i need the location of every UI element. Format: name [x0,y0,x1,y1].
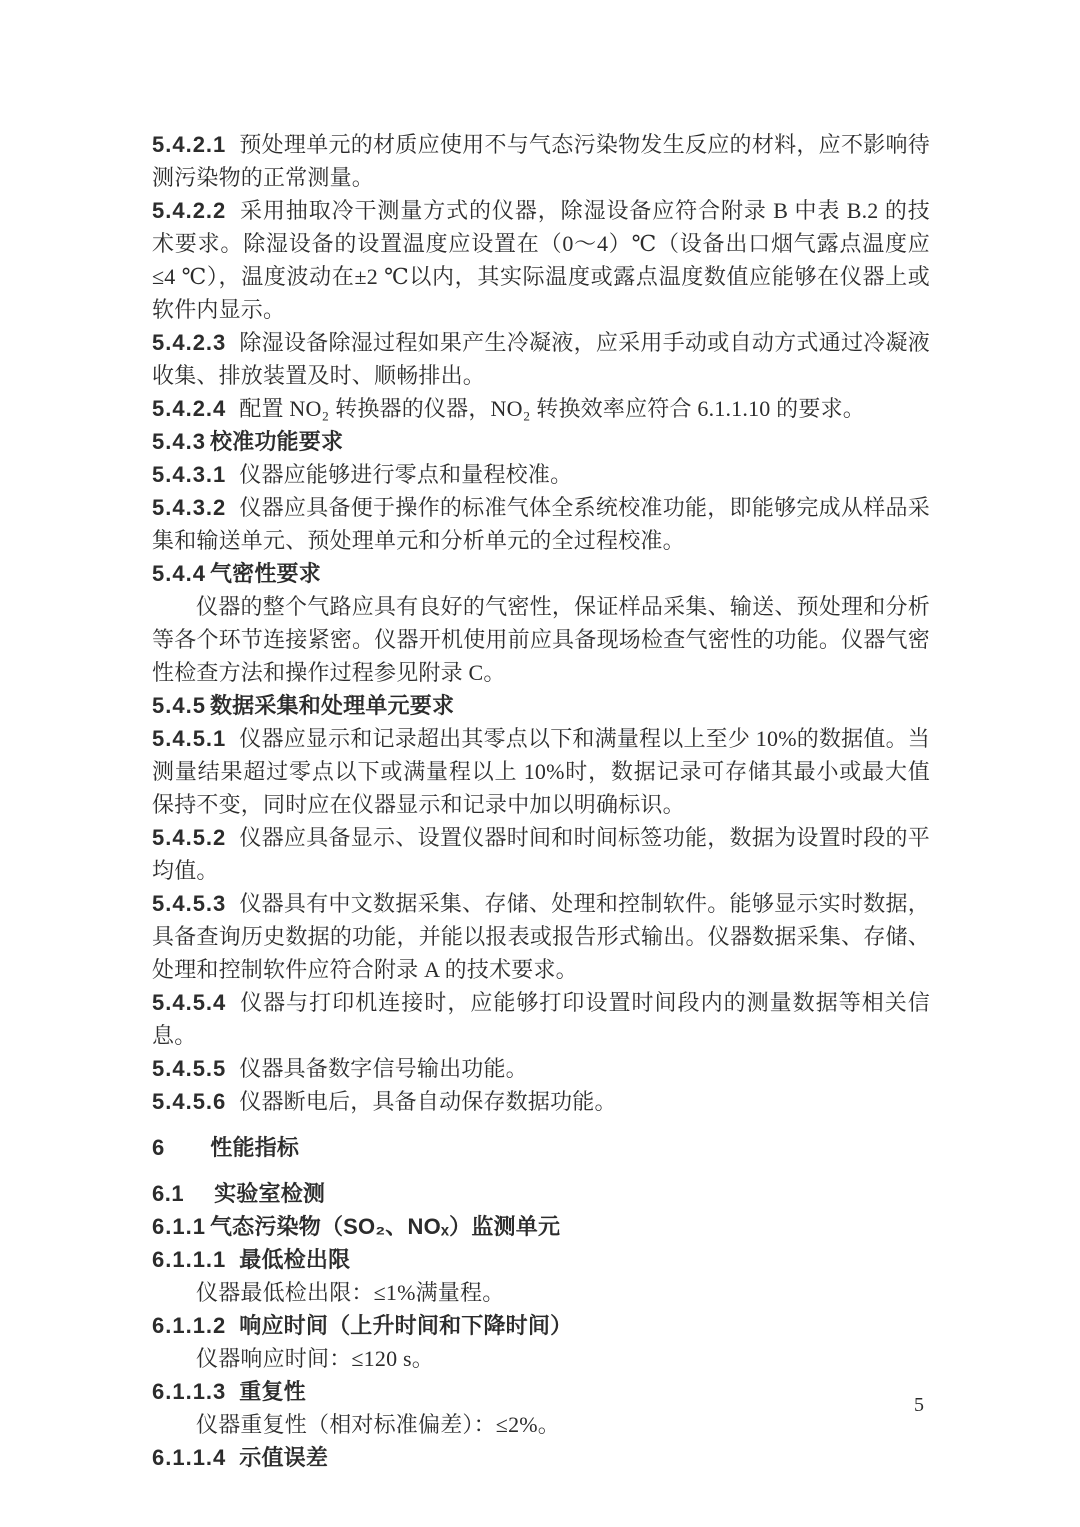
clause-text: 配置 NO₂ 转换器的仪器，NO₂ 转换效率应符合 6.1.1.10 的要求。 [239,396,865,421]
clause-number: 5.4.5.5 [152,1056,226,1081]
clause-text: 性能指标 [210,1135,299,1160]
clause-text: 仪器断电后，具备自动保存数据功能。 [239,1089,616,1114]
clause-text: 仪器应具备便于操作的标准气体全系统校准功能，即能够完成从样品采集和输送单元、预处… [152,495,930,553]
clause-number: 5.4.3.2 [152,495,226,520]
text-block: 5.4.5.4仪器与打印机连接时，应能够打印设置时间段内的测量数据等相关信息。 [152,986,930,1052]
clause-number: 6 [152,1135,164,1160]
text-block: 5.4.5.1仪器应显示和记录超出其零点以下和满量程以上至少 10%的数据值。当… [152,722,930,821]
text-block: 6.1实验室检测 [152,1177,930,1210]
clause-number: 5.4.2.2 [152,198,226,223]
text-block: 6.1.1气态污染物（SO₂、NOₓ）监测单元 [152,1210,930,1243]
clause-text: 仪器应能够进行零点和量程校准。 [239,462,572,487]
clause-number: 6.1 [152,1181,184,1206]
clause-number: 5.4.5 [152,693,206,718]
document-content: 5.4.2.1预处理单元的材质应使用不与气态污染物发生反应的材料，应不影响待测污… [152,128,930,1474]
text-block: 5.4.4气密性要求 [152,557,930,590]
clause-number: 5.4.5.1 [152,726,226,751]
text-block: 仪器最低检出限：≤1%满量程。 [152,1276,930,1309]
clause-number: 5.4.3 [152,429,206,454]
clause-text: 校准功能要求 [210,429,343,454]
text-block: 5.4.3.2仪器应具备便于操作的标准气体全系统校准功能，即能够完成从样品采集和… [152,491,930,557]
clause-number: 6.1.1.2 [152,1313,226,1338]
clause-number: 6.1.1.4 [152,1445,226,1470]
text-block: 5.4.3.1仪器应能够进行零点和量程校准。 [152,458,930,491]
clause-number: 5.4.2.1 [152,132,226,157]
clause-number: 5.4.5.3 [152,891,226,916]
clause-text: 实验室检测 [214,1181,325,1206]
clause-number: 5.4.2.4 [152,396,226,421]
clause-text: 仪器最低检出限：≤1%满量程。 [196,1280,504,1305]
text-block: 6.1.1.4示值误差 [152,1441,930,1474]
document-page: 5.4.2.1预处理单元的材质应使用不与气态污染物发生反应的材料，应不影响待测污… [0,0,1080,1527]
page-number: 5 [914,1392,924,1418]
clause-text: 仪器重复性（相对标准偏差）：≤2%。 [196,1412,560,1437]
clause-text: 仪器具有中文数据采集、存储、处理和控制软件。能够显示实时数据，具备查询历史数据的… [152,891,930,982]
clause-text: 仪器的整个气路应具有良好的气密性，保证样品采集、输送、预处理和分析等各个环节连接… [152,594,930,685]
clause-number: 5.4.4 [152,561,206,586]
text-block: 5.4.5.5仪器具备数字信号输出功能。 [152,1052,930,1085]
clause-text: 重复性 [239,1379,306,1404]
text-block: 5.4.5.6仪器断电后，具备自动保存数据功能。 [152,1085,930,1118]
clause-text: 仪器响应时间：≤120 s。 [196,1346,434,1371]
clause-text: 示值误差 [239,1445,328,1470]
text-block: 6.1.1.3重复性 [152,1375,930,1408]
clause-text: 仪器与打印机连接时，应能够打印设置时间段内的测量数据等相关信息。 [152,990,930,1048]
text-block: 仪器响应时间：≤120 s。 [152,1342,930,1375]
clause-number: 5.4.5.4 [152,990,226,1015]
text-block: 5.4.2.3除湿设备除湿过程如果产生冷凝液，应采用手动或自动方式通过冷凝液收集… [152,326,930,392]
clause-text: 除湿设备除湿过程如果产生冷凝液，应采用手动或自动方式通过冷凝液收集、排放装置及时… [152,330,930,388]
clause-text: 仪器应显示和记录超出其零点以下和满量程以上至少 10%的数据值。当测量结果超过零… [152,726,930,817]
clause-text: 响应时间（上升时间和下降时间） [239,1313,572,1338]
text-block: 6.1.1.2响应时间（上升时间和下降时间） [152,1309,930,1342]
clause-text: 仪器具备数字信号输出功能。 [239,1056,528,1081]
text-block: 6.1.1.1最低检出限 [152,1243,930,1276]
clause-number: 5.4.2.3 [152,330,226,355]
text-block: 5.4.2.2采用抽取冷干测量方式的仪器，除湿设备应符合附录 B 中表 B.2 … [152,194,930,326]
clause-number: 6.1.1 [152,1214,206,1239]
text-block: 6性能指标 [152,1131,930,1164]
clause-text: 预处理单元的材质应使用不与气态污染物发生反应的材料，应不影响待测污染物的正常测量… [152,132,930,190]
text-block: 5.4.5数据采集和处理单元要求 [152,689,930,722]
text-block: 5.4.2.1预处理单元的材质应使用不与气态污染物发生反应的材料，应不影响待测污… [152,128,930,194]
clause-number: 6.1.1.3 [152,1379,226,1404]
text-block: 5.4.5.3仪器具有中文数据采集、存储、处理和控制软件。能够显示实时数据，具备… [152,887,930,986]
text-block: 5.4.3校准功能要求 [152,425,930,458]
clause-text: 数据采集和处理单元要求 [210,693,454,718]
clause-text: 仪器应具备显示、设置仪器时间和时间标签功能，数据为设置时段的平均值。 [152,825,930,883]
text-block: 5.4.2.4配置 NO₂ 转换器的仪器，NO₂ 转换效率应符合 6.1.1.1… [152,392,930,425]
clause-number: 5.4.5.2 [152,825,226,850]
clause-text: 采用抽取冷干测量方式的仪器，除湿设备应符合附录 B 中表 B.2 的技术要求。除… [152,198,930,322]
clause-number: 6.1.1.1 [152,1247,226,1272]
clause-number: 5.4.3.1 [152,462,226,487]
clause-text: 气密性要求 [210,561,321,586]
clause-text: 气态污染物（SO₂、NOₓ）监测单元 [210,1214,560,1239]
text-block: 5.4.5.2仪器应具备显示、设置仪器时间和时间标签功能，数据为设置时段的平均值… [152,821,930,887]
clause-text: 最低检出限 [239,1247,350,1272]
text-block: 仪器重复性（相对标准偏差）：≤2%。 [152,1408,930,1441]
text-block: 仪器的整个气路应具有良好的气密性，保证样品采集、输送、预处理和分析等各个环节连接… [152,590,930,689]
clause-number: 5.4.5.6 [152,1089,226,1114]
